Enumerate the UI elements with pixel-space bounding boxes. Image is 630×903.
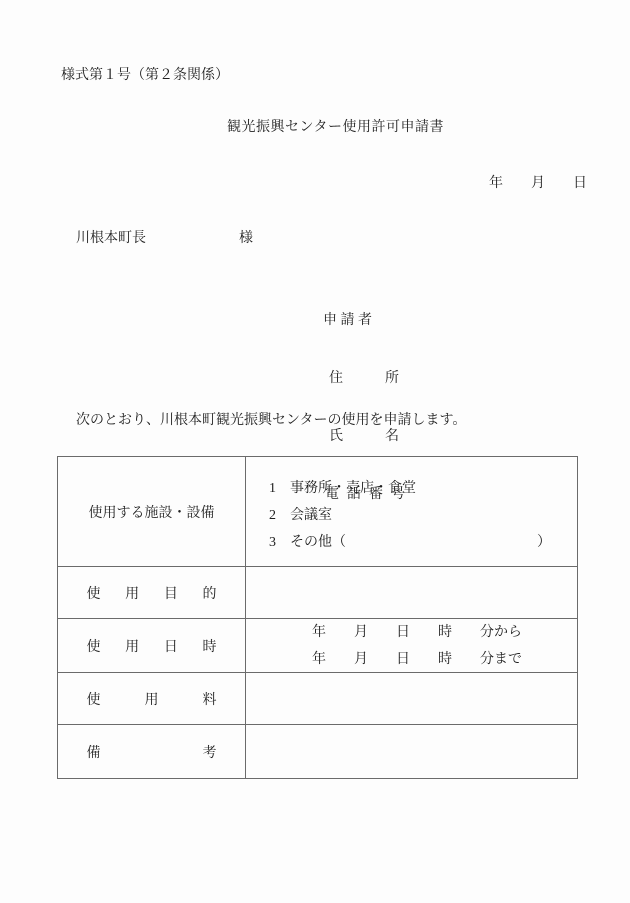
facility-option-1: 1 事務所・売店・食堂 bbox=[269, 475, 577, 502]
facilities-label: 使用する施設・設備 bbox=[89, 502, 215, 522]
table-row-facilities: 使用する施設・設備 1 事務所・売店・食堂 2 会議室 3 その他（ ） bbox=[58, 457, 577, 567]
fee-blank-cell bbox=[246, 673, 577, 724]
fee-label: 使用料 bbox=[87, 689, 217, 709]
table-row-notes: 備考 bbox=[58, 725, 577, 778]
table-row-datetime: 使用日時 年 月 日 時 分から 年 月 日 時 分まで bbox=[58, 619, 577, 673]
notes-blank-cell bbox=[246, 725, 577, 778]
fee-label-cell: 使用料 bbox=[58, 673, 246, 724]
addressee-name: 川根本町長 bbox=[76, 227, 146, 247]
table-row-fee: 使用料 bbox=[58, 673, 577, 725]
application-table: 使用する施設・設備 1 事務所・売店・食堂 2 会議室 3 その他（ ） 使用目… bbox=[57, 456, 578, 779]
notes-label-cell: 備考 bbox=[58, 725, 246, 778]
facility-option-3-text: 3 その他（ bbox=[269, 529, 346, 556]
notes-label: 備考 bbox=[87, 742, 217, 762]
facilities-options-cell: 1 事務所・売店・食堂 2 会議室 3 その他（ ） bbox=[246, 457, 577, 566]
facility-option-3: 3 その他（ ） bbox=[269, 529, 577, 556]
intro-sentence: 次のとおり、川根本町観光振興センターの使用を申請します。 bbox=[76, 409, 466, 429]
facility-option-2: 2 会議室 bbox=[269, 502, 577, 529]
table-row-purpose: 使用目的 bbox=[58, 567, 577, 619]
addressee-honorific: 様 bbox=[239, 227, 253, 247]
form-number: 様式第１号（第２条関係） bbox=[61, 64, 229, 84]
page-title: 観光振興センター使用許可申請書 bbox=[227, 116, 444, 136]
datetime-value-cell: 年 月 日 時 分から 年 月 日 時 分まで bbox=[246, 619, 577, 672]
facilities-label-cell: 使用する施設・設備 bbox=[58, 457, 246, 566]
purpose-label: 使用目的 bbox=[87, 583, 217, 603]
applicant-address-label: 住 所 bbox=[323, 366, 413, 392]
facility-option-3-close-paren: ） bbox=[537, 529, 551, 556]
datetime-from-line: 年 月 日 時 分から bbox=[312, 619, 577, 646]
date-line: 年 月 日 bbox=[489, 172, 587, 192]
applicant-label: 申 請 者 bbox=[323, 308, 413, 334]
datetime-label: 使用日時 bbox=[87, 636, 217, 656]
application-form-page: 様式第１号（第２条関係） 観光振興センター使用許可申請書 年 月 日 川根本町長… bbox=[0, 0, 630, 903]
purpose-blank-cell bbox=[246, 567, 577, 618]
datetime-label-cell: 使用日時 bbox=[58, 619, 246, 672]
addressee-line: 川根本町長 様 bbox=[76, 227, 253, 247]
purpose-label-cell: 使用目的 bbox=[58, 567, 246, 618]
datetime-to-line: 年 月 日 時 分まで bbox=[312, 646, 577, 673]
